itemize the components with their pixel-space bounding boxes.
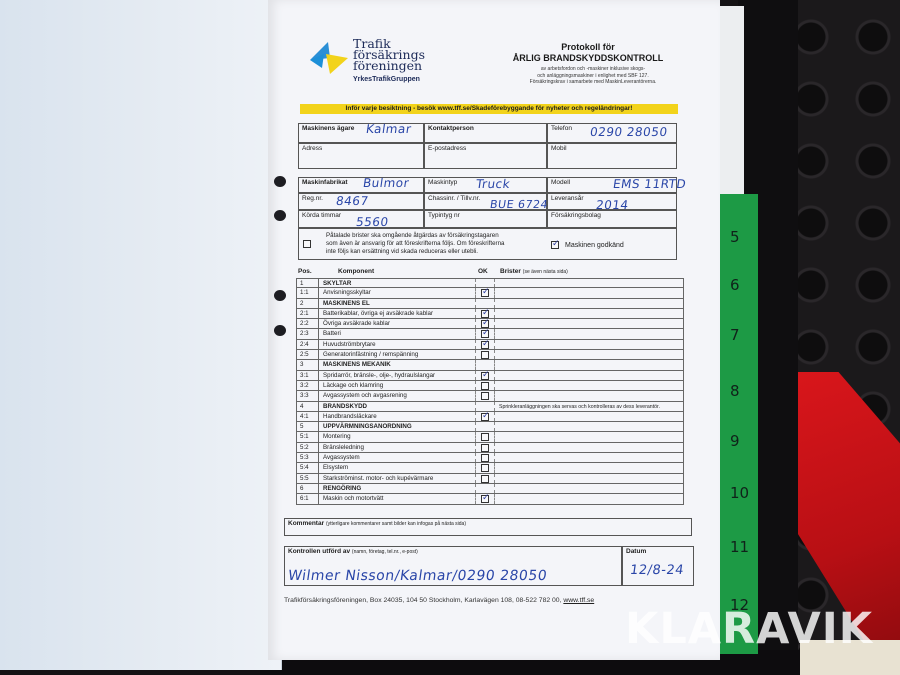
- component-header: Komponent: [338, 268, 374, 275]
- row-pos: 5:5: [297, 474, 319, 483]
- row-pos: 5:3: [297, 453, 319, 462]
- phone-label: Telefon: [551, 125, 572, 132]
- owner-label: Maskinens ägare: [302, 125, 354, 132]
- email-field[interactable]: E-postadress: [424, 143, 547, 169]
- contact-field[interactable]: Kontaktperson: [424, 123, 547, 143]
- row-pos: 3:2: [297, 381, 319, 390]
- ok-column: [475, 391, 495, 400]
- ok-column: [475, 381, 495, 390]
- phone-value: 0290 28050: [589, 125, 668, 139]
- row-pos: 2:3: [297, 329, 319, 338]
- model-value: EMS 11RTD: [612, 177, 687, 191]
- comment-label: Kommentar: [288, 520, 324, 527]
- contact-label: Kontaktperson: [428, 125, 474, 132]
- document-title: Protokoll för ÅRLIG BRANDSKYDDSKONTROLL: [488, 42, 688, 64]
- manufacturer-label: Maskinfabrikat: [302, 179, 348, 186]
- divider-tab-label[interactable]: 5: [730, 228, 740, 246]
- machine-type-label: Maskintyp: [428, 179, 457, 186]
- insurer-label: Försäkringsbolag: [551, 212, 601, 219]
- divider-tab-label[interactable]: 9: [730, 432, 740, 450]
- model-label: Modell: [551, 179, 570, 186]
- ok-checkbox[interactable]: [481, 475, 489, 483]
- row-pos: 4: [297, 402, 319, 411]
- punch-hole: [274, 325, 286, 336]
- row-component: RENGÖRING: [323, 484, 361, 494]
- row-component: Läckage och klamring: [323, 381, 383, 391]
- type-cert-label: Typintyg nr: [428, 212, 460, 219]
- checklist-row: 5:2Bränsleledning: [296, 443, 684, 453]
- row-pos: 5:4: [297, 463, 319, 472]
- row-pos: 2:4: [297, 340, 319, 349]
- checklist-row: 5:1Montering: [296, 432, 684, 442]
- email-label: E-postadress: [428, 145, 466, 152]
- row-component: BRANDSKYDD: [323, 402, 367, 412]
- ok-checkbox[interactable]: [481, 454, 489, 462]
- ok-checkbox[interactable]: [481, 464, 489, 472]
- owner-value: Kalmar: [365, 122, 412, 136]
- row-pos: 6: [297, 484, 319, 493]
- org-name: Trafik försäkrings föreningen: [353, 38, 425, 71]
- checklist-row: 5:4Elsystem: [296, 463, 684, 473]
- checklist-row: 5:3Avgassystem: [296, 453, 684, 463]
- checklist-row: 2:5Generatorinfästning / remspänning: [296, 350, 684, 360]
- row-pos: 2:2: [297, 319, 319, 328]
- divider-tab-label[interactable]: 8: [730, 382, 740, 400]
- punch-hole: [274, 290, 286, 301]
- ok-checkbox[interactable]: [481, 351, 489, 359]
- checklist-row: 5:5Starkströminst. motor- och kupévärmar…: [296, 474, 684, 484]
- ok-checkbox[interactable]: [481, 382, 489, 390]
- punch-hole: [274, 176, 286, 187]
- ok-checkbox[interactable]: [481, 372, 489, 380]
- ok-header: OK: [478, 268, 488, 275]
- divider-tab-label[interactable]: 10: [730, 484, 749, 502]
- footer: Trafikförsäkringsföreningen, Box 24035, …: [284, 597, 704, 604]
- ok-column: [475, 443, 495, 452]
- performed-by-label: Kontrollen utförd av: [288, 548, 350, 555]
- checklist-row: 1SKYLTAR: [296, 278, 684, 288]
- ok-column: [475, 288, 495, 297]
- row-pos: 3:3: [297, 391, 319, 400]
- row-component: Elsystem: [323, 463, 348, 473]
- ok-checkbox[interactable]: [481, 495, 489, 503]
- ok-column: [475, 340, 495, 349]
- row-component: Övriga avsäkrade kablar: [323, 319, 390, 329]
- manufacturer-value: Bulmor: [362, 176, 410, 190]
- machine-type-value: Truck: [475, 177, 511, 191]
- checklist-row: 6RENGÖRING: [296, 484, 684, 494]
- date-value: 12/8-24: [629, 563, 685, 578]
- defects-header: Brister (se även nästa sida): [500, 268, 568, 275]
- performed-by-note: (namn, företag, tel.nr., e-post): [352, 549, 418, 555]
- ok-column: [475, 350, 495, 359]
- row-pos: 6:1: [297, 494, 319, 503]
- notice-text: Påtalade brister ska omgående åtgärdas a…: [326, 232, 526, 256]
- chassis-label: Chassinr. / Tillv.nr.: [428, 195, 480, 202]
- year-label: Leveransår: [551, 195, 584, 202]
- checklist-row: 3:3Avgassystem och avgasrening: [296, 391, 684, 401]
- reg-value: 8467: [335, 194, 370, 208]
- approved-label: Maskinen godkänd: [565, 242, 624, 250]
- checklist-row: 2:2Övriga avsäkrade kablar: [296, 319, 684, 329]
- footer-text: Trafikförsäkringsföreningen, Box 24035, …: [284, 597, 561, 604]
- comment-note: (ytterligare kommentarer samt bilder kan…: [326, 521, 466, 527]
- row-component: Handbrandsläckare: [323, 412, 377, 422]
- row-pos: 1:1: [297, 288, 319, 297]
- ok-column: [475, 494, 495, 503]
- punch-hole: [274, 210, 286, 221]
- row-pos: 3:1: [297, 371, 319, 380]
- watermark: KLARAVIK: [625, 604, 873, 654]
- checklist-row: 5UPPVÄRMNINGSANORDNING: [296, 422, 684, 432]
- divider-tab-label[interactable]: 7: [730, 326, 740, 344]
- address-label: Adress: [302, 145, 322, 152]
- checklist-row: 2MASKINENS EL: [296, 299, 684, 309]
- mobile-field[interactable]: Mobil: [547, 143, 677, 169]
- pos-header: Pos.: [298, 268, 312, 275]
- comment-field[interactable]: Kommentar (ytterligare kommentarer samt …: [284, 518, 692, 536]
- type-cert-field[interactable]: Typintyg nr: [424, 210, 547, 228]
- row-component: Batterikablar, övriga ej avsäkrade kabla…: [323, 309, 433, 319]
- ok-column: [475, 453, 495, 462]
- date-label: Datum: [626, 548, 646, 555]
- reg-label: Reg.nr.: [302, 195, 323, 202]
- checklist-row: 4:1Handbrandsläckare: [296, 412, 684, 422]
- row-component: Huvudströmbrytare: [323, 340, 376, 350]
- divider-tab-strip: [718, 194, 758, 654]
- hours-value: 5560: [355, 215, 390, 229]
- ok-checkbox[interactable]: [481, 413, 489, 421]
- row-component: Generatorinfästning / remspänning: [323, 350, 418, 360]
- info-banner: Inför varje besiktning - besök www.tff.s…: [300, 104, 678, 114]
- checklist-row: 3:1Spridarrör, bränsle-, olje-, hydrauls…: [296, 371, 684, 381]
- row-component: Maskin och motortvätt: [323, 494, 384, 504]
- checklist-row: 2:4Huvudströmbrytare: [296, 340, 684, 350]
- row-component: Starkströminst. motor- och kupévärmare: [323, 474, 433, 484]
- ok-column: [475, 463, 495, 472]
- ok-column: [475, 412, 495, 421]
- checklist-row: 6:1Maskin och motortvätt: [296, 494, 684, 504]
- row-pos: 1: [297, 279, 319, 287]
- performed-by-value: Wilmer Nisson/Kalmar/0290 28050: [287, 568, 548, 584]
- ok-checkbox[interactable]: [481, 289, 489, 297]
- row-pos: 5:2: [297, 443, 319, 452]
- row-component: Batteri: [323, 329, 341, 339]
- checklist-row: 3:2Läckage och klamring: [296, 381, 684, 391]
- document-subtitle: av arbetsfordon och -maskiner inklusive …: [493, 66, 693, 86]
- row-pos: 2: [297, 299, 319, 308]
- row-pos: 2:1: [297, 309, 319, 318]
- protocol-page: Trafik försäkrings föreningen YrkesTrafi…: [268, 0, 720, 660]
- ok-checkbox[interactable]: [481, 433, 489, 441]
- row-component: Avgassystem: [323, 453, 360, 463]
- row-component: Bränsleledning: [323, 443, 364, 453]
- row-component: Spridarrör, bränsle-, olje-, hydraulslan…: [323, 371, 435, 381]
- row-defects: Sprinkleranläggningen ska servas och kon…: [499, 402, 660, 412]
- row-component: Montering: [323, 432, 351, 442]
- row-component: MASKINENS MEKANIK: [323, 360, 391, 370]
- address-field[interactable]: Adress: [298, 143, 424, 169]
- photo-scene: 56789101112 Trafik försäkrings föreninge…: [0, 0, 900, 675]
- ok-checkbox[interactable]: [481, 444, 489, 452]
- org-subtitle: YrkesTrafikGruppen: [353, 76, 420, 83]
- approved-checkbox[interactable]: [551, 241, 559, 249]
- checklist: 1SKYLTAR1:1Anvisningsskyltar2MASKINENS E…: [296, 278, 684, 505]
- checklist-row: 2:3Batteri: [296, 329, 684, 339]
- checklist-row: 2:1Batterikablar, övriga ej avsäkrade ka…: [296, 309, 684, 319]
- row-pos: 5:1: [297, 432, 319, 441]
- hours-label: Körda timmar: [302, 212, 341, 219]
- row-pos: 2:5: [297, 350, 319, 359]
- row-pos: 5: [297, 422, 319, 431]
- ok-checkbox[interactable]: [481, 392, 489, 400]
- ok-column: [475, 432, 495, 441]
- insurer-field[interactable]: Försäkringsbolag: [547, 210, 677, 228]
- row-pos: 3: [297, 360, 319, 369]
- checklist-row: 4BRANDSKYDDSprinkleranläggningen ska ser…: [296, 402, 684, 412]
- checklist-row: 1:1Anvisningsskyltar: [296, 288, 684, 298]
- ok-column: [475, 371, 495, 380]
- row-component: Avgassystem och avgasrening: [323, 391, 407, 401]
- footer-link[interactable]: www.tff.se: [563, 597, 594, 604]
- row-component: MASKINENS EL: [323, 299, 370, 309]
- divider-tab-label[interactable]: 11: [730, 538, 749, 556]
- row-component: UPPVÄRMNINGSANORDNING: [323, 422, 412, 432]
- divider-tab-label[interactable]: 6: [730, 276, 740, 294]
- ok-column: [475, 422, 495, 431]
- row-component: Anvisningsskyltar: [323, 288, 371, 298]
- left-page: [0, 0, 282, 670]
- notice-checkbox[interactable]: [303, 240, 311, 248]
- checklist-row: 3MASKINENS MEKANIK: [296, 360, 684, 370]
- ok-checkbox[interactable]: [481, 341, 489, 349]
- row-pos: 4:1: [297, 412, 319, 421]
- tff-logo-icon: [308, 40, 348, 74]
- mobile-label: Mobil: [551, 145, 567, 152]
- ok-column: [475, 474, 495, 483]
